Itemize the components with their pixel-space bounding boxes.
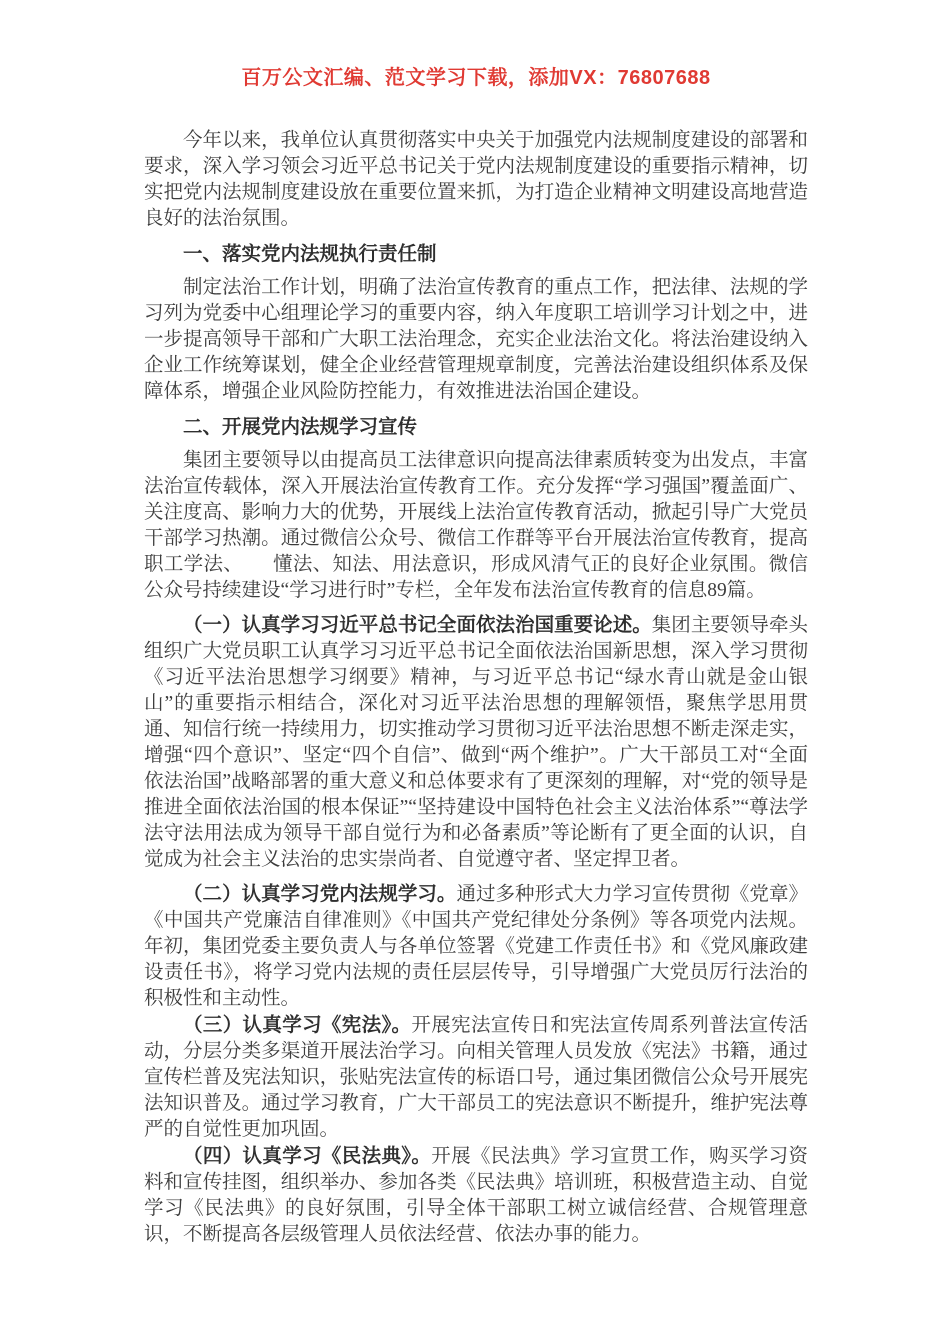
document-page: 百万公文汇编、范文学习下载，添加VX：76807688 今年以来，我单位认真贯彻…: [0, 0, 950, 1344]
section-1-heading: 一、落实党内法规执行责任制: [144, 241, 808, 267]
subsection-2-lead: （二）认真学习党内法规学习。: [183, 883, 456, 905]
intro-paragraph: 今年以来，我单位认真贯彻落实中央关于加强党内法规制度建设的部署和要求，深入学习领…: [144, 128, 808, 232]
subsection-4-paragraph: （四）认真学习《民法典》。开展《民法典》学习宣贯工作，购买学习资料和宣传挂图，组…: [144, 1143, 808, 1248]
subsection-3-paragraph: （三）认真学习《宪法》。开展宪法宣传日和宪法宣传周系列普法宣传活动，分层分类多渠…: [144, 1012, 808, 1143]
section-1-body: 制定法治工作计划，明确了法治宣传教育的重点工作，把法律、法规的学习列为党委中心组…: [144, 275, 808, 405]
subsection-1-paragraph: （一）认真学习习近平总书记全面依法治国重要论述。集团主要领导牵头组织广大党员职工…: [144, 612, 808, 873]
subsection-4-lead: （四）认真学习《民法典》。: [183, 1145, 431, 1167]
header-notice: 百万公文汇编、范文学习下载，添加VX：76807688: [144, 64, 808, 92]
section-2-heading: 二、开展党内法规学习宣传: [144, 414, 808, 440]
section-2-body: 集团主要领导以由提高员工法律意识向提高法律素质转变为出发点，丰富法治宣传载体，深…: [144, 448, 808, 604]
subsection-1-lead: （一）认真学习习近平总书记全面依法治国重要论述。: [183, 614, 652, 636]
subsection-3-lead: （三）认真学习《宪法》。: [183, 1014, 411, 1036]
subsection-2-paragraph: （二）认真学习党内法规学习。通过多种形式大力学习宣传贯彻《党章》《中国共产党廉洁…: [144, 881, 808, 1012]
subsection-1-text: 集团主要领导牵头组织广大党员职工认真学习习近平总书记全面依法治国新思想，深入学习…: [144, 615, 808, 870]
